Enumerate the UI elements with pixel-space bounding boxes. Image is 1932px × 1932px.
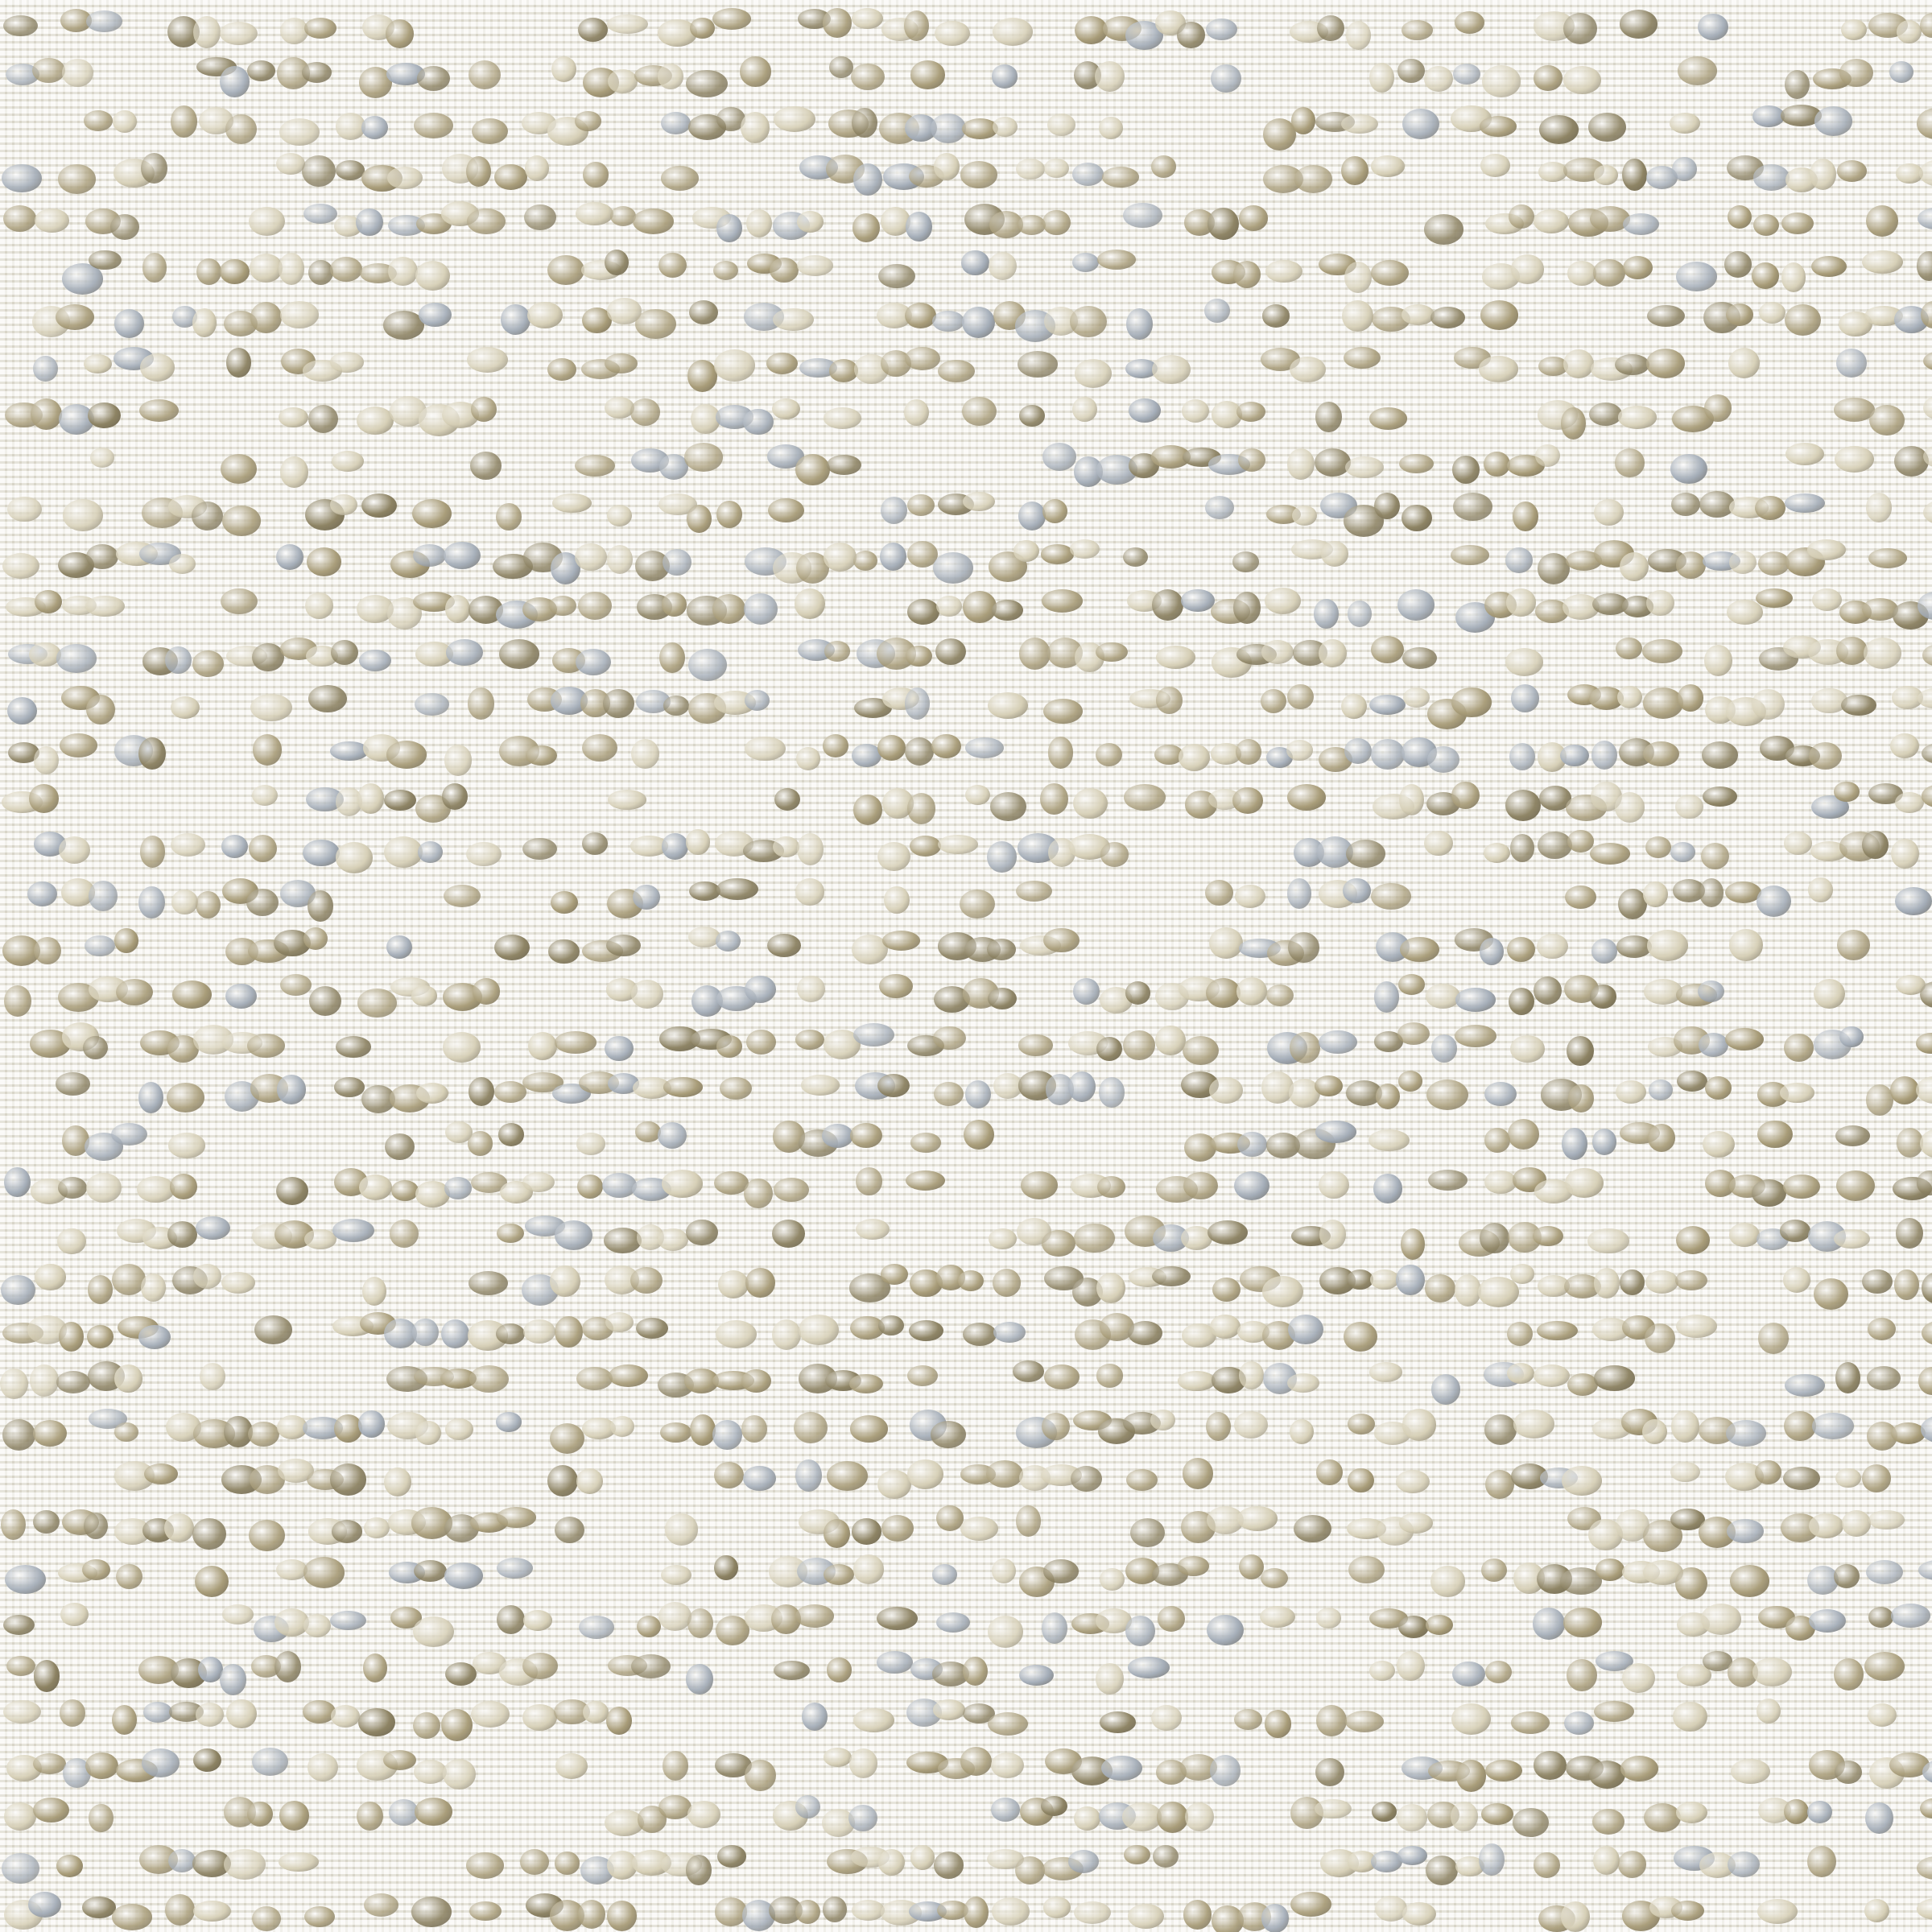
yarn-loop bbox=[1617, 686, 1642, 708]
yarn-loop bbox=[140, 353, 175, 382]
yarn-loop bbox=[1124, 784, 1166, 811]
yarn-loop bbox=[1645, 836, 1671, 858]
yarn-loop bbox=[1371, 260, 1409, 287]
yarn-loop bbox=[1842, 1510, 1871, 1537]
yarn-loop bbox=[1096, 1663, 1124, 1695]
yarn-loop bbox=[137, 1176, 175, 1203]
yarn-loop bbox=[1018, 351, 1057, 378]
yarn-loop bbox=[1567, 830, 1593, 852]
yarn-loop bbox=[745, 737, 786, 762]
yarn-loop bbox=[1511, 684, 1540, 712]
yarn-loop bbox=[1755, 1460, 1781, 1484]
yarn-loop bbox=[1317, 15, 1344, 41]
yarn-loop bbox=[1235, 885, 1265, 908]
yarn-loop bbox=[33, 1510, 59, 1534]
yarn-loop bbox=[1, 1509, 26, 1540]
yarn-loop bbox=[1507, 1322, 1533, 1346]
yarn-loop bbox=[114, 928, 139, 953]
yarn-loop bbox=[1510, 1264, 1534, 1283]
yarn-loop bbox=[1321, 541, 1348, 566]
yarn-loop bbox=[1426, 1856, 1458, 1885]
yarn-loop bbox=[167, 1083, 204, 1113]
yarn-loop bbox=[60, 733, 97, 757]
yarn-loop bbox=[1647, 305, 1685, 327]
yarn-loop bbox=[1839, 1026, 1864, 1048]
yarn-loop bbox=[1341, 114, 1377, 134]
yarn-loop bbox=[471, 397, 497, 421]
yarn-loop bbox=[1671, 1410, 1699, 1443]
yarn-loop bbox=[1286, 740, 1313, 761]
yarn-loop bbox=[1290, 1419, 1314, 1444]
yarn-loop bbox=[1397, 589, 1435, 621]
yarn-loop bbox=[1615, 448, 1645, 477]
yarn-loop bbox=[1615, 354, 1649, 375]
yarn-loop bbox=[936, 1505, 964, 1531]
yarn-loop bbox=[1431, 1034, 1457, 1063]
yarn-loop bbox=[309, 986, 341, 1016]
yarn-loop bbox=[1753, 164, 1790, 190]
yarn-loop bbox=[766, 353, 798, 374]
yarn-loop bbox=[1923, 500, 1932, 525]
yarn-loop bbox=[743, 1466, 775, 1491]
yarn-loop bbox=[138, 1082, 163, 1113]
yarn-loop bbox=[962, 397, 997, 426]
yarn-loop bbox=[716, 501, 742, 529]
yarn-loop bbox=[1072, 397, 1096, 422]
yarn-loop bbox=[987, 939, 1016, 960]
yarn-loop bbox=[3, 205, 37, 232]
yarn-loop bbox=[1292, 506, 1316, 526]
yarn-loop bbox=[86, 544, 118, 569]
yarn-loop bbox=[1430, 1566, 1466, 1596]
yarn-loop bbox=[1451, 1802, 1477, 1831]
yarn-loop bbox=[608, 790, 647, 809]
yarn-loop bbox=[551, 56, 576, 82]
yarn-loop bbox=[1916, 1033, 1932, 1054]
yarn-loop bbox=[1371, 739, 1405, 770]
yarn-loop bbox=[1675, 1567, 1707, 1600]
yarn-loop bbox=[1505, 648, 1543, 676]
yarn-loop bbox=[853, 1554, 885, 1584]
yarn-loop bbox=[303, 1614, 331, 1637]
yarn-loop bbox=[907, 1365, 938, 1386]
yarn-loop bbox=[1402, 109, 1439, 140]
yarn-loop bbox=[1701, 1604, 1742, 1634]
yarn-loop bbox=[34, 937, 61, 964]
yarn-loop bbox=[1705, 1076, 1732, 1100]
yarn-loop bbox=[332, 1219, 374, 1242]
yarn-loop bbox=[303, 204, 337, 224]
yarn-loop bbox=[1179, 744, 1210, 771]
yarn-loop bbox=[58, 1177, 87, 1199]
yarn-loop bbox=[1097, 250, 1136, 270]
yarn-loop bbox=[1290, 1892, 1331, 1917]
yarn-loop bbox=[250, 254, 283, 283]
yarn-loop bbox=[445, 1662, 477, 1686]
yarn-loop bbox=[4, 985, 31, 1017]
yarn-loop bbox=[142, 1748, 180, 1778]
yarn-loop bbox=[1236, 402, 1265, 422]
yarn-loop bbox=[1922, 1320, 1932, 1346]
yarn-loop bbox=[688, 649, 727, 681]
yarn-loop bbox=[143, 1702, 172, 1722]
yarn-loop bbox=[1841, 695, 1876, 716]
yarn-loop bbox=[419, 303, 452, 327]
yarn-loop bbox=[303, 1557, 345, 1588]
yarn-loop bbox=[576, 1468, 604, 1494]
yarn-loop bbox=[633, 208, 674, 234]
yarn-loop bbox=[658, 64, 683, 89]
yarn-loop bbox=[444, 542, 481, 569]
yarn-loop bbox=[1757, 1699, 1781, 1724]
yarn-loop bbox=[358, 1410, 385, 1437]
yarn-loop bbox=[89, 1804, 113, 1832]
yarn-loop bbox=[469, 60, 501, 89]
yarn-loop bbox=[712, 1420, 742, 1451]
yarn-loop bbox=[741, 1369, 771, 1393]
yarn-loop bbox=[1594, 165, 1618, 184]
yarn-loop bbox=[603, 689, 634, 718]
yarn-loop bbox=[494, 935, 530, 961]
yarn-loop bbox=[1835, 446, 1874, 473]
yarn-loop bbox=[686, 1855, 712, 1885]
yarn-loop bbox=[1590, 985, 1616, 1008]
yarn-loop bbox=[910, 836, 941, 857]
yarn-loop bbox=[1728, 205, 1752, 229]
yarn-loop bbox=[576, 1367, 613, 1390]
yarn-loop bbox=[827, 1657, 852, 1682]
yarn-loop bbox=[277, 1075, 307, 1104]
yarn-loop bbox=[1100, 1711, 1136, 1732]
yarn-loop bbox=[659, 642, 685, 674]
yarn-loop bbox=[1402, 304, 1435, 325]
yarn-loop bbox=[848, 1805, 877, 1831]
yarn-loop bbox=[1261, 1568, 1288, 1588]
yarn-loop bbox=[1348, 1468, 1373, 1492]
yarn-loop bbox=[1890, 1076, 1919, 1104]
yarn-loop bbox=[795, 1459, 822, 1492]
yarn-loop bbox=[1398, 974, 1426, 995]
yarn-loop bbox=[1233, 261, 1261, 288]
yarn-loop bbox=[469, 1271, 508, 1295]
yarn-loop bbox=[743, 409, 773, 436]
yarn-loop bbox=[1615, 792, 1645, 823]
yarn-loop bbox=[575, 543, 607, 572]
yarn-loop bbox=[1727, 600, 1762, 624]
yarn-loop bbox=[1316, 1705, 1346, 1736]
yarn-loop bbox=[413, 1616, 454, 1647]
yarn-loop bbox=[1562, 1128, 1587, 1160]
yarn-loop bbox=[1042, 1413, 1069, 1441]
yarn-loop bbox=[795, 454, 830, 485]
yarn-loop bbox=[773, 308, 813, 332]
yarn-loop bbox=[1587, 1228, 1629, 1253]
yarn-loop bbox=[1348, 1414, 1375, 1435]
yarn-loop bbox=[551, 891, 578, 914]
yarn-loop bbox=[4, 1167, 30, 1197]
yarn-loop bbox=[1508, 1119, 1539, 1150]
yarn-loop bbox=[1287, 448, 1315, 480]
yarn-loop bbox=[302, 155, 336, 188]
yarn-loop bbox=[1074, 1806, 1100, 1830]
yarn-loop bbox=[168, 1849, 196, 1872]
yarn-loop bbox=[1397, 1804, 1426, 1831]
yarn-loop bbox=[1509, 988, 1534, 1015]
yarn-loop bbox=[936, 1612, 970, 1633]
yarn-loop bbox=[607, 14, 648, 34]
yarn-loop bbox=[1835, 1125, 1870, 1146]
yarn-loop bbox=[1183, 1172, 1218, 1199]
yarn-loop bbox=[1265, 1710, 1291, 1737]
yarn-loop bbox=[364, 1517, 390, 1539]
yarn-loop bbox=[1348, 601, 1372, 627]
yarn-loop bbox=[1814, 979, 1845, 1009]
yarn-loop bbox=[824, 1519, 850, 1548]
yarn-loop bbox=[1807, 539, 1846, 560]
yarn-loop bbox=[1042, 589, 1083, 613]
yarn-loop bbox=[528, 1032, 557, 1059]
yarn-loop bbox=[907, 793, 935, 824]
yarn-loop bbox=[27, 881, 57, 906]
yarn-loop bbox=[1096, 743, 1122, 766]
yarn-loop bbox=[1319, 639, 1347, 667]
yarn-loop bbox=[1071, 1466, 1102, 1492]
yarn-loop bbox=[877, 1470, 911, 1499]
yarn-loop bbox=[1262, 304, 1290, 328]
yarn-loop bbox=[1096, 1037, 1122, 1061]
yarn-loop bbox=[578, 1900, 606, 1930]
yarn-loop bbox=[385, 1133, 415, 1161]
yarn-loop bbox=[824, 1564, 854, 1585]
yarn-loop bbox=[938, 835, 978, 854]
yarn-loop bbox=[1645, 1323, 1675, 1353]
yarn-loop bbox=[1702, 741, 1739, 769]
yarn-loop bbox=[658, 1122, 687, 1149]
yarn-loop bbox=[111, 1123, 147, 1146]
yarn-loop bbox=[138, 1325, 171, 1349]
yarn-loop bbox=[690, 1414, 715, 1446]
yarn-loop bbox=[1564, 1711, 1594, 1735]
yarn-loop bbox=[1237, 1132, 1267, 1157]
yarn-loop bbox=[1866, 493, 1892, 522]
yarn-loop bbox=[1534, 976, 1563, 1005]
yarn-loop bbox=[34, 1660, 60, 1691]
yarn-loop bbox=[906, 212, 932, 241]
yarn-loop bbox=[1731, 1759, 1770, 1784]
yarn-loop bbox=[249, 835, 277, 862]
yarn-loop bbox=[686, 829, 711, 855]
yarn-loop bbox=[114, 1422, 139, 1442]
yarn-loop bbox=[772, 1319, 802, 1350]
yarn-loop bbox=[85, 935, 115, 956]
yarn-loop bbox=[1917, 1856, 1932, 1880]
yarn-loop bbox=[1019, 638, 1051, 670]
yarn-loop bbox=[549, 596, 576, 616]
yarn-loop bbox=[86, 695, 116, 725]
yarn-loop bbox=[907, 494, 935, 516]
yarn-loop bbox=[1484, 1170, 1517, 1195]
yarn-loop bbox=[745, 976, 777, 1004]
yarn-loop bbox=[714, 1462, 744, 1489]
yarn-loop bbox=[1451, 687, 1492, 718]
yarn-loop bbox=[1644, 1803, 1681, 1832]
yarn-loop bbox=[795, 1900, 820, 1924]
yarn-loop bbox=[989, 252, 1018, 280]
yarn-loop bbox=[1781, 262, 1806, 292]
yarn-loop bbox=[582, 832, 609, 855]
yarn-loop bbox=[1075, 359, 1112, 388]
yarn-loop bbox=[1670, 454, 1707, 484]
yarn-loop bbox=[963, 1657, 988, 1686]
yarn-loop bbox=[2, 1419, 35, 1451]
yarn-loop bbox=[716, 214, 742, 242]
yarn-loop bbox=[1345, 1711, 1384, 1732]
yarn-loop bbox=[1100, 1568, 1125, 1591]
yarn-loop bbox=[1124, 1845, 1150, 1865]
yarn-loop bbox=[933, 552, 972, 584]
yarn-loop bbox=[661, 112, 691, 135]
yarn-loop bbox=[466, 1852, 504, 1878]
yarn-loop bbox=[1864, 1652, 1905, 1682]
yarn-loop bbox=[665, 1513, 699, 1545]
yarn-loop bbox=[829, 56, 853, 78]
yarn-loop bbox=[1703, 786, 1737, 807]
yarn-loop bbox=[303, 840, 339, 867]
yarn-loop bbox=[746, 209, 773, 238]
yarn-loop bbox=[1287, 878, 1311, 909]
yarn-loop bbox=[1509, 204, 1534, 229]
yarn-loop bbox=[1291, 107, 1315, 134]
yarn-loop bbox=[304, 1906, 335, 1927]
yarn-loop bbox=[630, 398, 660, 426]
yarn-loop bbox=[1018, 502, 1046, 530]
yarn-loop bbox=[686, 70, 728, 97]
yarn-loop bbox=[879, 974, 913, 998]
yarn-loop bbox=[1074, 1901, 1111, 1925]
yarn-loop bbox=[1616, 638, 1642, 659]
yarn-loop bbox=[686, 1220, 717, 1245]
yarn-loop bbox=[6, 1656, 35, 1676]
yarn-loop bbox=[904, 399, 929, 426]
yarn-loop bbox=[1400, 937, 1439, 962]
yarn-loop bbox=[1314, 599, 1338, 628]
yarn-loop bbox=[852, 1518, 881, 1545]
yarn-loop bbox=[1839, 59, 1873, 87]
yarn-loop bbox=[1704, 394, 1731, 422]
yarn-loop bbox=[1044, 1364, 1080, 1389]
yarn-loop bbox=[1809, 1513, 1843, 1538]
yarn-loop bbox=[882, 931, 921, 951]
yarn-loop bbox=[1785, 443, 1824, 465]
yarn-loop bbox=[799, 1315, 839, 1345]
yarn-loop bbox=[1402, 1409, 1437, 1440]
yarn-loop bbox=[172, 980, 212, 1009]
yarn-loop bbox=[225, 984, 257, 1009]
yarn-loop bbox=[1042, 443, 1076, 471]
yarn-loop bbox=[168, 1133, 205, 1158]
yarn-loop bbox=[171, 833, 205, 857]
yarn-loop bbox=[905, 303, 936, 328]
yarn-loop bbox=[1507, 937, 1535, 962]
yarn-loop bbox=[83, 1036, 107, 1059]
yarn-loop bbox=[712, 8, 751, 30]
yarn-loop bbox=[1239, 205, 1268, 230]
yarn-loop bbox=[1725, 881, 1761, 903]
yarn-loop bbox=[938, 360, 976, 382]
yarn-loop bbox=[1128, 1904, 1163, 1929]
yarn-loop bbox=[1424, 214, 1463, 245]
yarn-loop bbox=[905, 687, 931, 720]
yarn-loop bbox=[1897, 20, 1922, 44]
yarn-loop bbox=[141, 1274, 166, 1301]
yarn-loop bbox=[1431, 1374, 1460, 1405]
yarn-loop bbox=[1043, 699, 1083, 724]
yarn-loop bbox=[1178, 1371, 1215, 1390]
yarn-loop bbox=[1319, 1220, 1346, 1249]
yarn-loop bbox=[1534, 209, 1569, 233]
yarn-loop bbox=[56, 644, 97, 673]
yarn-loop bbox=[1507, 1363, 1534, 1384]
yarn-loop bbox=[60, 1603, 89, 1626]
yarn-loop bbox=[1785, 70, 1810, 100]
yarn-loop bbox=[576, 202, 613, 226]
yarn-loop bbox=[1836, 349, 1867, 378]
yarn-loop bbox=[246, 889, 279, 916]
yarn-loop bbox=[797, 211, 824, 233]
yarn-loop bbox=[364, 1893, 399, 1917]
yarn-loop bbox=[1073, 978, 1100, 1005]
yarn-loop bbox=[1181, 589, 1214, 612]
yarn-loop bbox=[1287, 684, 1314, 709]
yarn-loop bbox=[1560, 745, 1589, 767]
yarn-loop bbox=[1917, 108, 1932, 139]
yarn-loop bbox=[630, 1267, 662, 1294]
yarn-loop bbox=[1505, 547, 1533, 573]
yarn-loop bbox=[1670, 113, 1700, 133]
yarn-loop bbox=[1152, 1266, 1191, 1286]
yarn-loop bbox=[1676, 1315, 1717, 1339]
yarn-loop bbox=[1647, 930, 1688, 961]
yarn-loop bbox=[1592, 1129, 1616, 1154]
yarn-loop bbox=[1841, 19, 1867, 40]
yarn-loop bbox=[961, 250, 989, 275]
yarn-loop bbox=[770, 258, 799, 283]
yarn-loop bbox=[1809, 742, 1842, 770]
yarn-loop bbox=[745, 1760, 775, 1791]
yarn-loop bbox=[1588, 113, 1625, 142]
yarn-loop bbox=[170, 1174, 197, 1199]
yarn-loop bbox=[990, 792, 1026, 821]
yarn-loop bbox=[334, 1077, 365, 1096]
yarn-loop bbox=[555, 1753, 588, 1779]
yarn-loop bbox=[1591, 939, 1617, 963]
yarn-loop bbox=[413, 1712, 440, 1739]
yarn-loop bbox=[468, 1131, 493, 1156]
yarn-loop bbox=[1866, 205, 1898, 237]
yarn-loop bbox=[330, 257, 362, 282]
yarn-loop bbox=[850, 1123, 882, 1148]
yarn-loop bbox=[936, 596, 962, 617]
yarn-loop bbox=[1183, 1458, 1213, 1489]
yarn-loop bbox=[1563, 1608, 1601, 1637]
yarn-loop bbox=[767, 934, 800, 957]
yarn-loop bbox=[852, 213, 880, 243]
yarn-loop bbox=[687, 360, 718, 392]
yarn-loop bbox=[443, 1032, 481, 1063]
yarn-loop bbox=[878, 264, 915, 288]
yarn-loop bbox=[1234, 1411, 1268, 1439]
yarn-loop bbox=[1157, 1802, 1189, 1833]
